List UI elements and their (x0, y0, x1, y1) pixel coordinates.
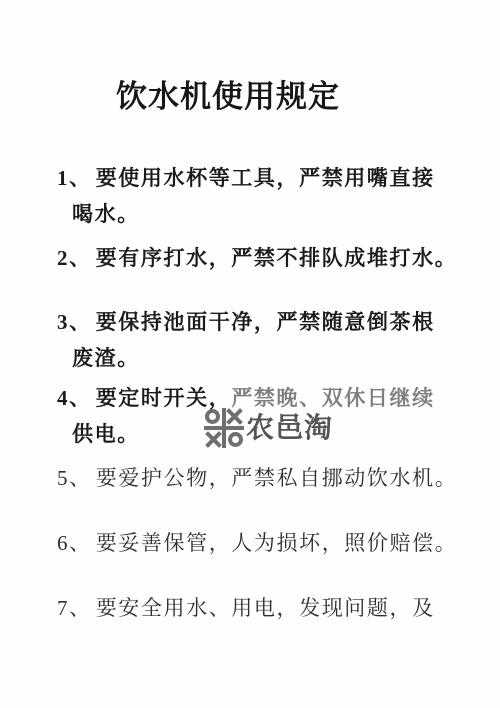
rule-line: 2、要有序打水，严禁不排队成堆打水。 (57, 240, 475, 276)
rule-number: 1、 (57, 160, 92, 196)
page-title: 饮水机使用规定 (0, 77, 456, 117)
rule-line: 5、要爱护公物，严禁私自挪动饮水机。 (57, 460, 475, 496)
rule-item-7: 7、要安全用水、用电，发现问题，及 (57, 590, 475, 626)
rule-text: 要保持池面干净，严禁随意倒茶根 (96, 310, 435, 334)
rule-number: 3、 (57, 304, 92, 340)
rule-text: 喝水。 (72, 202, 140, 226)
document-page: 饮水机使用规定 1、要使用水杯等工具，严禁用嘴直接 喝水。 2、要有序打水，严禁… (0, 0, 500, 708)
rule-line: 7、要安全用水、用电，发现问题，及 (57, 590, 475, 626)
rule-item-1: 1、要使用水杯等工具，严禁用嘴直接 喝水。 (57, 160, 475, 232)
rule-text: 要安全用水、用电，发现问题，及 (96, 596, 435, 620)
rule-item-2: 2、要有序打水，严禁不排队成堆打水。 (57, 240, 475, 276)
rule-number: 6、 (57, 525, 92, 561)
rule-line: 3、要保持池面干净，严禁随意倒茶根 (57, 304, 475, 340)
rule-item-5: 5、要爱护公物，严禁私自挪动饮水机。 (57, 460, 475, 496)
rule-line-continuation: 喝水。 (72, 196, 475, 232)
rule-line: 1、要使用水杯等工具，严禁用嘴直接 (57, 160, 475, 196)
rule-text: 要使用水杯等工具，严禁用嘴直接 (96, 166, 435, 190)
rule-text: 要有序打水，严禁不排队成堆打水。 (96, 246, 458, 270)
rule-number: 2、 (57, 240, 92, 276)
rule-line: 6、要妥善保管，人为损坏，照价赔偿。 (57, 525, 475, 561)
rule-number: 5、 (57, 460, 92, 496)
rule-text: 要爱护公物，严禁私自挪动饮水机。 (96, 466, 458, 490)
rule-line-continuation: 废渣。 (72, 340, 475, 376)
rule-number: 7、 (57, 590, 92, 626)
rule-text: 要妥善保管，人为损坏，照价赔偿。 (96, 531, 458, 555)
rule-item-3: 3、要保持池面干净，严禁随意倒茶根 废渣。 (57, 304, 475, 376)
rule-number: 4、 (57, 380, 92, 416)
rule-item-6: 6、要妥善保管，人为损坏，照价赔偿。 (57, 525, 475, 561)
rule-text: 废渣。 (72, 346, 140, 370)
watermark-text: 农邑淘 (246, 408, 333, 448)
watermark: 农邑淘 (204, 408, 333, 448)
oxxo-grid-logo-icon (204, 408, 244, 448)
rule-text: 要定时开关， (96, 386, 232, 410)
rule-text-faded: 严禁晚、双休日继续 (231, 386, 434, 410)
rule-text: 供电。 (72, 422, 140, 446)
